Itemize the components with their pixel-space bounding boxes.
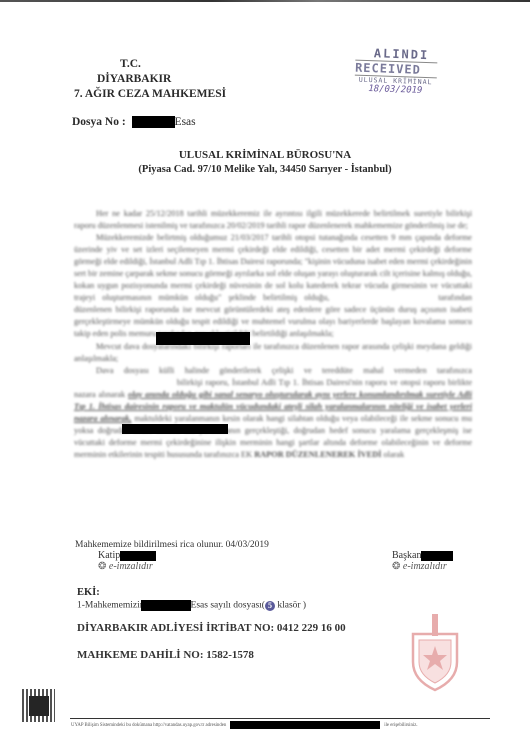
paragraph-4: Dava dosyası külli halinde gönderilerek … — [74, 365, 472, 461]
qr-code — [22, 689, 55, 722]
redaction — [156, 332, 250, 345]
received-stamp: ALINDI RECEIVED ULUSAL KRİMİNAL 18/03/20… — [354, 46, 438, 97]
footer-divider — [70, 718, 490, 719]
esign-label: e-imzalıdır — [403, 561, 447, 572]
court-extension: MAHKEME DAHİLİ NO: 1582-1578 — [77, 649, 254, 661]
recipient-address: (Piyasa Cad. 97/10 Melike Yalı, 34450 Sa… — [0, 164, 530, 175]
paragraph-2: Müzekkeremizde belirtmiş olduğumuz 21/03… — [74, 232, 472, 340]
ribbon-seal-icon: ❂ — [392, 561, 400, 572]
handwritten-count: 5 — [265, 601, 275, 611]
esign-label: e-imzalıdır — [109, 561, 153, 572]
file-number-suffix: Esas — [175, 116, 196, 128]
closing-line: Mahkememize bildirilmesi rica olunur. 04… — [75, 540, 269, 550]
file-number: Dosya No : Esas — [72, 116, 196, 128]
redaction — [122, 424, 228, 434]
header-tc: T.C. — [120, 58, 141, 70]
header-city: DİYARBAKIR — [97, 73, 171, 85]
paragraph-3: Mevcut dava dosyalarındaki bilirkişi rap… — [74, 341, 472, 365]
signature-judge: Başkan ❂ e-imzalıdır — [392, 550, 453, 572]
contact-phone: DİYARBAKIR ADLİYESİ İRTİBAT NO: 0412 229… — [77, 622, 346, 634]
signature-clerk: Katip ❂ e-imzalıdır — [98, 550, 156, 572]
redaction — [230, 721, 380, 729]
redaction — [141, 600, 191, 611]
attachment-item: 1-MahkememizinEsas sayılı dosyası(5 klas… — [77, 600, 306, 611]
header-court: 7. AĞIR CEZA MAHKEMESİ — [74, 88, 226, 100]
redaction — [421, 551, 453, 561]
recipient-name: ULUSAL KRİMİNAL BÜROSU'NA — [0, 149, 530, 161]
redaction — [120, 551, 156, 561]
file-number-label: Dosya No : — [72, 116, 126, 128]
clerk-title: Katip — [98, 550, 120, 561]
attachments-heading: EKİ: — [77, 587, 100, 598]
emblem-seal-icon — [405, 612, 465, 692]
ribbon-seal-icon: ❂ — [98, 561, 106, 572]
judge-title: Başkan — [392, 550, 421, 561]
paragraph-1: Her ne kadar 25/12/2018 tarihli müzekker… — [74, 208, 472, 232]
redaction — [29, 696, 49, 716]
footer-note: UYAP Bilişim Sistemindeki bu dokümana ht… — [71, 721, 501, 729]
scan-edge — [0, 0, 530, 2]
redaction — [132, 116, 175, 128]
